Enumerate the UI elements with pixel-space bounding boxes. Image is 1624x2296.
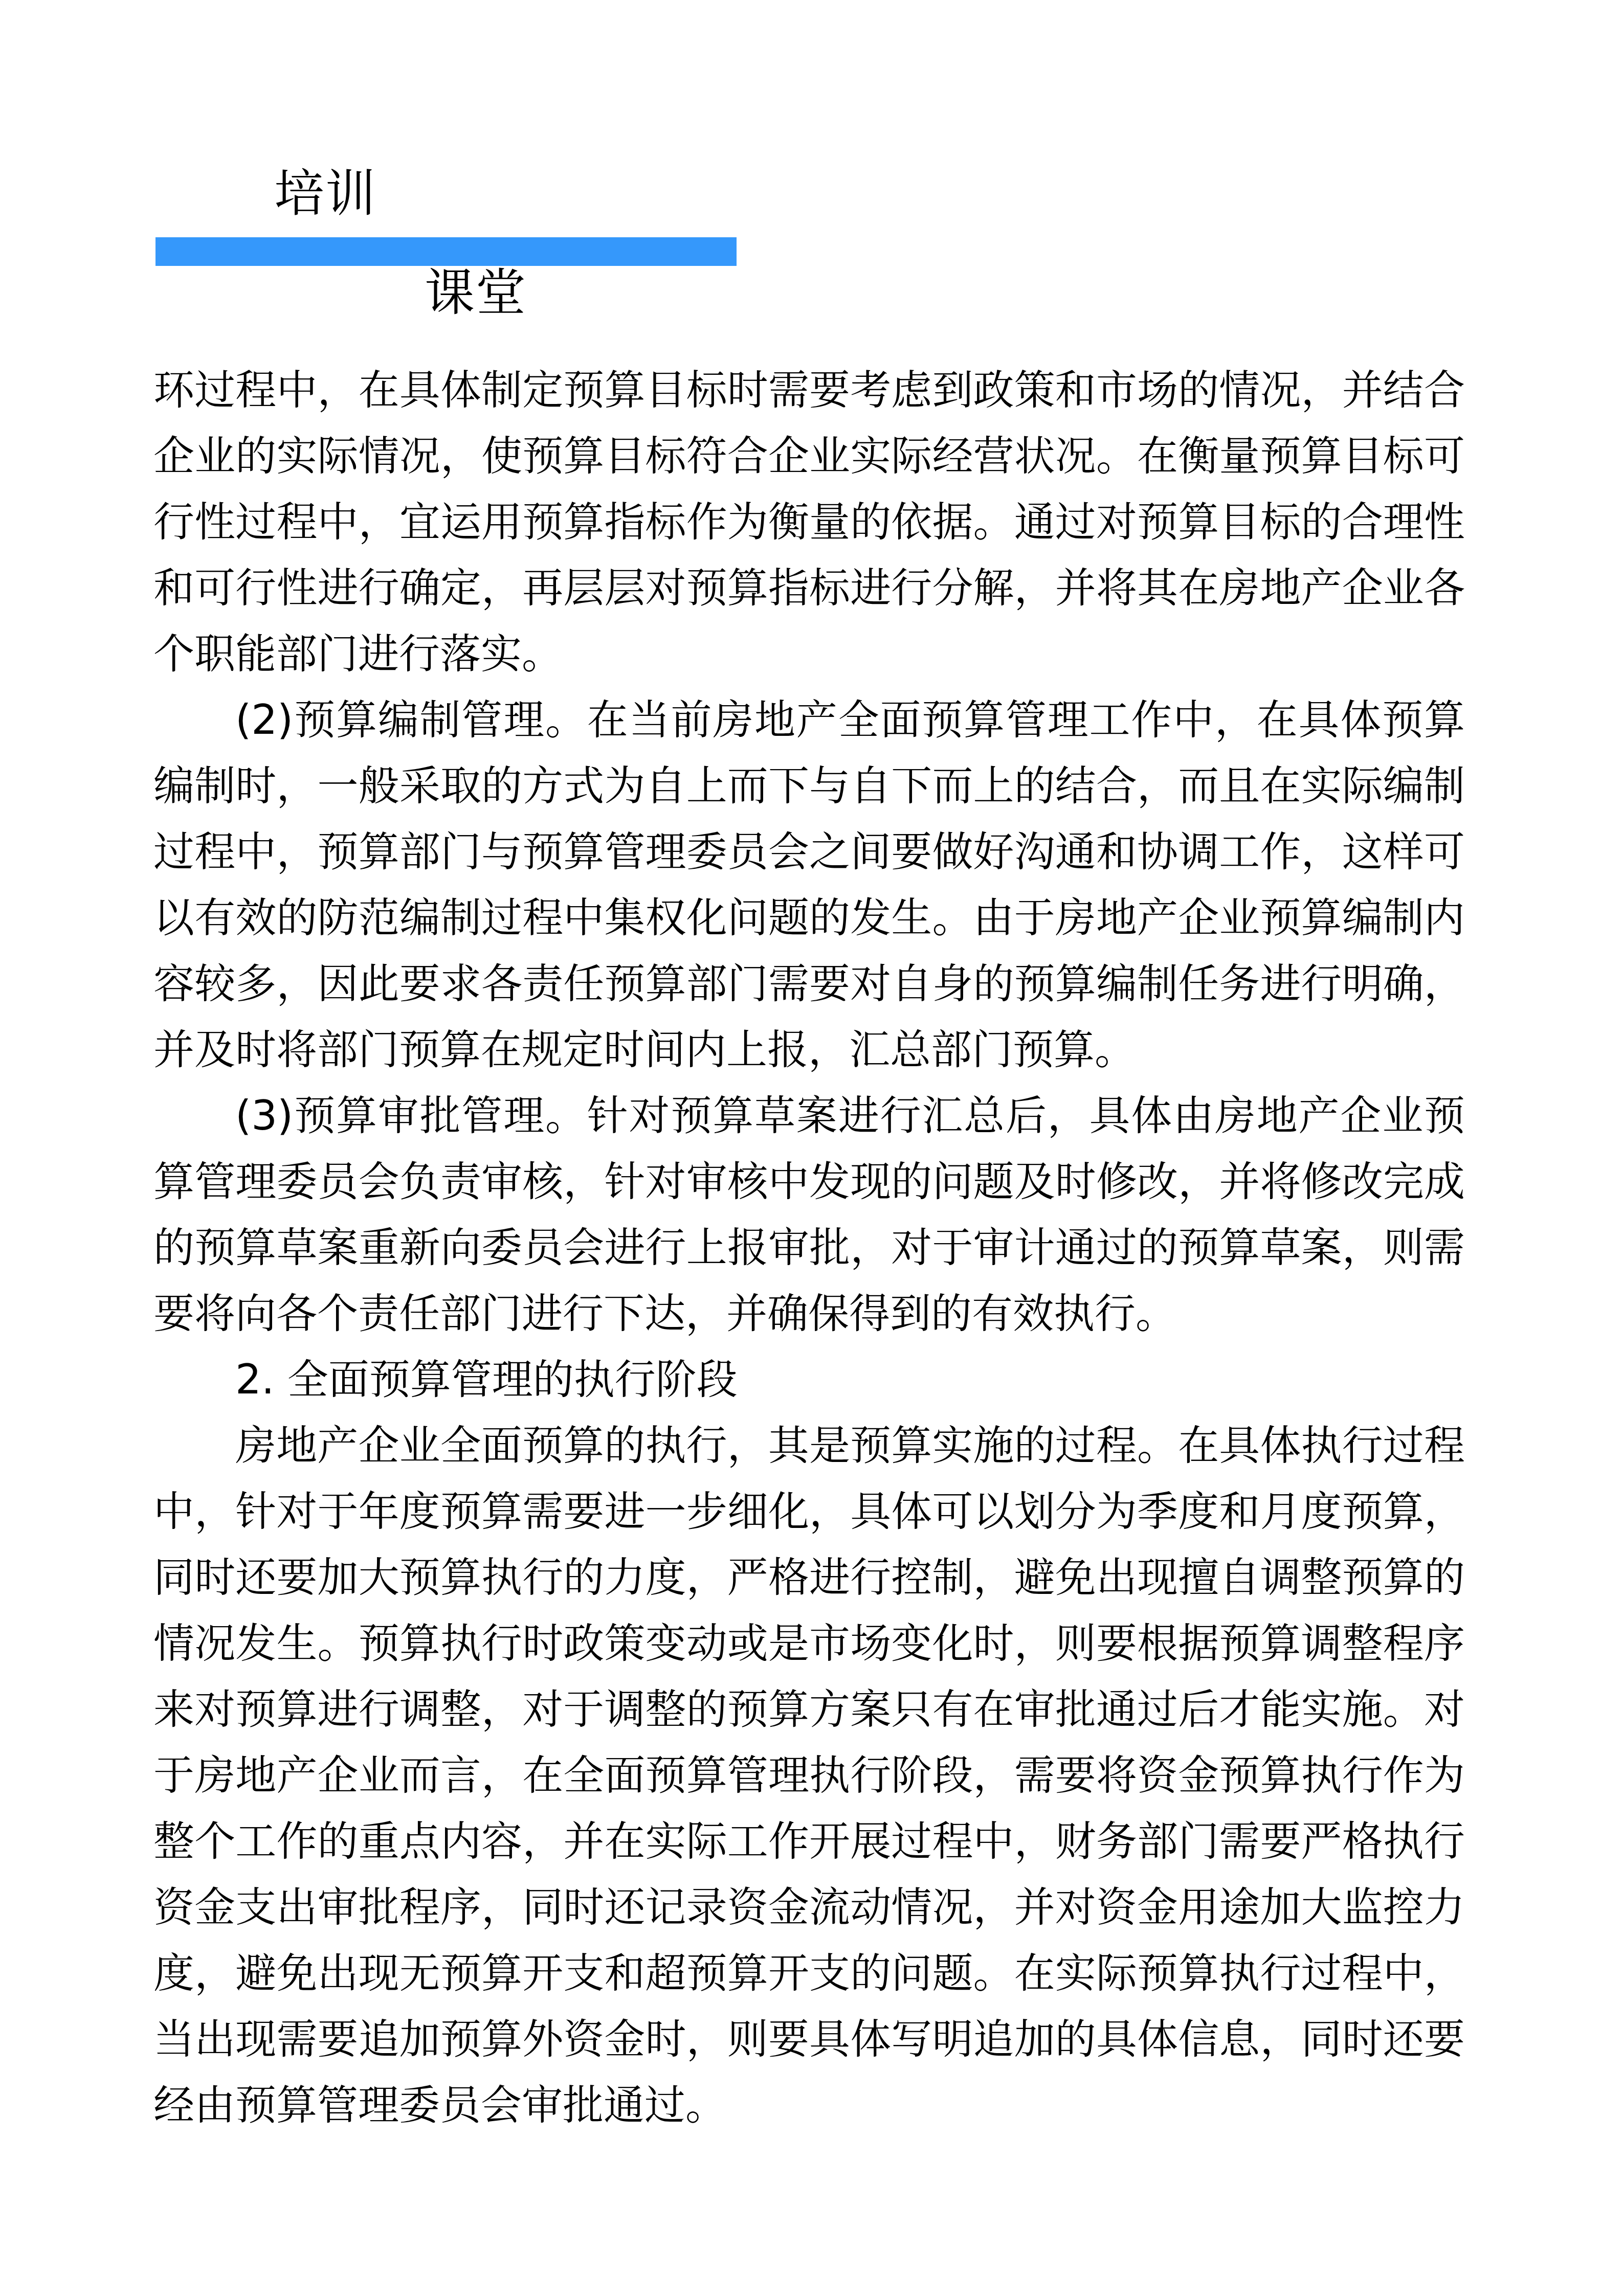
paragraph-budget-execution: 房地产企业全面预算的执行，其是预算实施的过程。在具体执行过程中，针对于年度预算需… xyxy=(153,1412,1465,2138)
section-heading-execution-stage: 2. 全面预算管理的执行阶段 xyxy=(153,1346,1465,1412)
paragraph-budget-approval: (3)预算审批管理。针对预算草案进行汇总后，具体由房地产企业预算管理委员会负责审… xyxy=(153,1083,1465,1346)
masthead-divider-bar xyxy=(155,237,737,266)
masthead-title-bottom: 课堂 xyxy=(425,268,527,318)
paragraph-budget-targets: 环过程中，在具体制定预算目标时需要考虑到政策和市场的情况，并结合企业的实际情况，… xyxy=(153,357,1465,687)
paragraph-budget-compilation: (2)预算编制管理。在当前房地产全面预算管理工作中，在具体预算编制时，一般采取的… xyxy=(153,687,1465,1083)
document-page: 培训 课堂 环过程中，在具体制定预算目标时需要考虑到政策和市场的情况，并结合企业… xyxy=(0,0,1624,2296)
article-body: 环过程中，在具体制定预算目标时需要考虑到政策和市场的情况，并结合企业的实际情况，… xyxy=(153,357,1465,2138)
masthead-title-top: 培训 xyxy=(274,169,376,219)
